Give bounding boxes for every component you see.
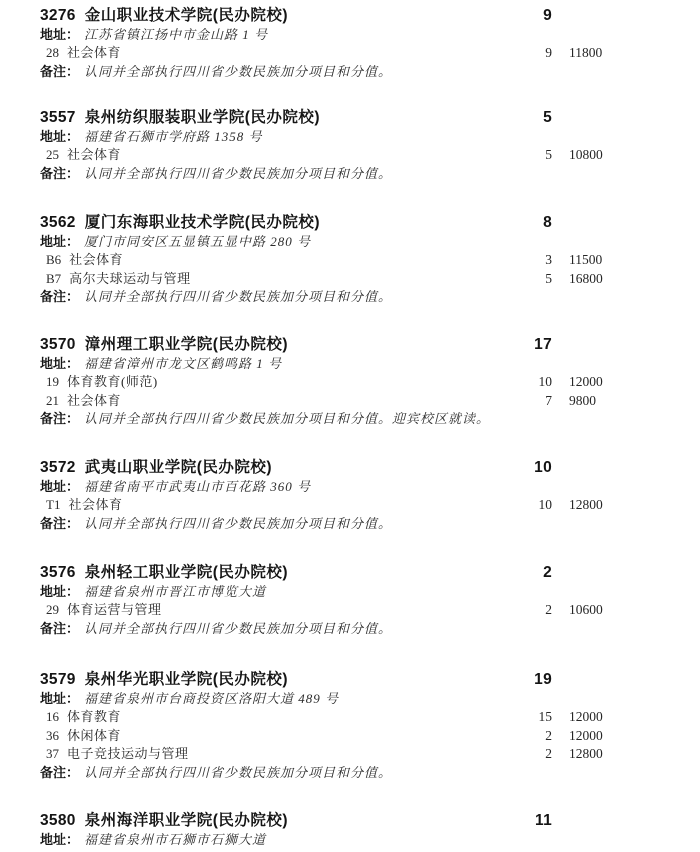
major-name: 休闲体育 bbox=[67, 728, 121, 743]
address-label: 地址： bbox=[40, 832, 79, 847]
major-code: 36 bbox=[46, 728, 59, 743]
remark-label: 备注： bbox=[40, 621, 79, 636]
major-name: 社会体育 bbox=[67, 45, 121, 60]
address-row: 地址：福建省漳州市龙文区鹤鸣路 1 号 bbox=[0, 355, 700, 373]
remark-label: 备注： bbox=[40, 765, 79, 780]
document-page: { "page": { "background": "#ffffff", "ti… bbox=[0, 0, 700, 852]
major-code: 21 bbox=[46, 393, 59, 408]
remark-label: 备注： bbox=[40, 411, 79, 426]
major-name: 社会体育 bbox=[67, 147, 121, 162]
major-tuition: 11500 bbox=[569, 251, 602, 269]
major-tuition: 12000 bbox=[569, 708, 603, 726]
college-header: 3572武夷山职业学院(民办院校) 10 bbox=[0, 458, 700, 478]
college-code: 3572 bbox=[40, 459, 76, 476]
college-block: 3579泉州华光职业学院(民办院校) 19 地址：福建省泉州市台商投资区洛阳大道… bbox=[0, 670, 700, 782]
major-tuition: 12000 bbox=[569, 727, 603, 745]
major-row: 16体育教育 15 12000 bbox=[0, 708, 700, 726]
college-block: 3557泉州纺织服装职业学院(民办院校) 5 地址：福建省石狮市学府路 1358… bbox=[0, 108, 700, 183]
college-code: 3276 bbox=[40, 7, 76, 24]
major-tuition: 12000 bbox=[569, 373, 603, 391]
remark-row: 备注：认同并全部执行四川省少数民族加分项目和分值。 bbox=[0, 764, 700, 782]
major-tuition: 10800 bbox=[569, 146, 603, 164]
major-name: 社会体育 bbox=[68, 497, 122, 512]
remark-label: 备注： bbox=[40, 166, 79, 181]
address-row: 地址：福建省泉州市台商投资区洛阳大道 489 号 bbox=[0, 690, 700, 708]
major-row: 37电子竞技运动与管理 2 12800 bbox=[0, 745, 700, 763]
college-total-count: 5 bbox=[460, 108, 552, 128]
address-label: 地址： bbox=[40, 584, 79, 599]
major-name: 电子竞技运动与管理 bbox=[67, 746, 189, 761]
major-quota: 5 bbox=[460, 146, 552, 164]
college-total-count: 17 bbox=[460, 335, 552, 355]
major-quota: 10 bbox=[460, 373, 552, 391]
remark-row: 备注：认同并全部执行四川省少数民族加分项目和分值。迎宾校区就读。 bbox=[0, 410, 700, 428]
college-name: 金山职业技术学院(民办院校) bbox=[85, 7, 288, 24]
college-total-count: 11 bbox=[460, 811, 552, 831]
major-tuition: 11800 bbox=[569, 44, 602, 62]
address-label: 地址： bbox=[40, 27, 79, 42]
major-row: B6社会体育 3 11500 bbox=[0, 251, 700, 269]
major-code: 28 bbox=[46, 45, 59, 60]
remark-text: 认同并全部执行四川省少数民族加分项目和分值。 bbox=[84, 516, 392, 531]
address-text: 福建省南平市武夷山市百花路 360 号 bbox=[84, 479, 311, 494]
college-code: 3580 bbox=[40, 812, 76, 829]
college-header: 3576泉州轻工职业学院(民办院校) 2 bbox=[0, 563, 700, 583]
remark-row: 备注：认同并全部执行四川省少数民族加分项目和分值。 bbox=[0, 620, 700, 638]
college-name: 泉州华光职业学院(民办院校) bbox=[85, 671, 288, 688]
remark-text: 认同并全部执行四川省少数民族加分项目和分值。 bbox=[84, 289, 392, 304]
major-code: 29 bbox=[46, 602, 59, 617]
remark-text: 认同并全部执行四川省少数民族加分项目和分值。迎宾校区就读。 bbox=[84, 411, 490, 426]
address-text: 福建省泉州市石狮市石狮大道 bbox=[84, 832, 266, 847]
college-total-count: 9 bbox=[460, 6, 552, 26]
major-quota: 2 bbox=[460, 727, 552, 745]
remark-label: 备注： bbox=[40, 289, 79, 304]
college-name: 泉州轻工职业学院(民办院校) bbox=[85, 564, 288, 581]
major-code: 25 bbox=[46, 147, 59, 162]
college-name: 厦门东海职业技术学院(民办院校) bbox=[85, 214, 320, 231]
major-name: 社会体育 bbox=[67, 393, 121, 408]
major-code: B7 bbox=[46, 271, 61, 286]
remark-row: 备注：认同并全部执行四川省少数民族加分项目和分值。 bbox=[0, 63, 700, 81]
address-text: 福建省漳州市龙文区鹤鸣路 1 号 bbox=[84, 356, 282, 371]
remark-text: 认同并全部执行四川省少数民族加分项目和分值。 bbox=[84, 166, 392, 181]
major-name: 社会体育 bbox=[69, 252, 123, 267]
address-row: 地址：福建省石狮市学府路 1358 号 bbox=[0, 128, 700, 146]
major-row: 36休闲体育 2 12000 bbox=[0, 727, 700, 745]
major-quota: 2 bbox=[460, 601, 552, 619]
major-row: 21社会体育 7 9800 bbox=[0, 392, 700, 410]
address-text: 福建省泉州市台商投资区洛阳大道 489 号 bbox=[84, 691, 339, 706]
college-total-count: 10 bbox=[460, 458, 552, 478]
remark-row: 备注：认同并全部执行四川省少数民族加分项目和分值。 bbox=[0, 165, 700, 183]
college-code: 3570 bbox=[40, 336, 76, 353]
college-header: 3557泉州纺织服装职业学院(民办院校) 5 bbox=[0, 108, 700, 128]
major-row: 19体育教育(师范) 10 12000 bbox=[0, 373, 700, 391]
major-row: B7高尔夫球运动与管理 5 16800 bbox=[0, 270, 700, 288]
college-name: 武夷山职业学院(民办院校) bbox=[85, 459, 272, 476]
major-quota: 3 bbox=[460, 251, 552, 269]
major-tuition: 12800 bbox=[569, 745, 603, 763]
address-label: 地址： bbox=[40, 691, 79, 706]
remark-text: 认同并全部执行四川省少数民族加分项目和分值。 bbox=[84, 64, 392, 79]
major-row: 28社会体育 9 11800 bbox=[0, 44, 700, 62]
remark-label: 备注： bbox=[40, 516, 79, 531]
major-code: 37 bbox=[46, 746, 59, 761]
address-row: 地址：福建省泉州市石狮市石狮大道 bbox=[0, 831, 700, 849]
major-quota: 5 bbox=[460, 270, 552, 288]
major-quota: 15 bbox=[460, 708, 552, 726]
major-code: 16 bbox=[46, 709, 59, 724]
major-tuition: 9800 bbox=[569, 392, 596, 410]
college-header: 3276金山职业技术学院(民办院校) 9 bbox=[0, 6, 700, 26]
major-code: 19 bbox=[46, 374, 59, 389]
college-block: 3576泉州轻工职业学院(民办院校) 2 地址：福建省泉州市晋江市博览大道 29… bbox=[0, 563, 700, 638]
college-header: 3570漳州理工职业学院(民办院校) 17 bbox=[0, 335, 700, 355]
college-code: 3557 bbox=[40, 109, 76, 126]
address-row: 地址：厦门市同安区五显镇五显中路 280 号 bbox=[0, 233, 700, 251]
address-label: 地址： bbox=[40, 479, 79, 494]
major-name: 高尔夫球运动与管理 bbox=[69, 271, 191, 286]
remark-row: 备注：认同并全部执行四川省少数民族加分项目和分值。 bbox=[0, 515, 700, 533]
college-block: 3562厦门东海职业技术学院(民办院校) 8 地址：厦门市同安区五显镇五显中路 … bbox=[0, 213, 700, 307]
college-total-count: 8 bbox=[460, 213, 552, 233]
address-row: 地址：福建省泉州市晋江市博览大道 bbox=[0, 583, 700, 601]
college-block: 3580泉州海洋职业学院(民办院校) 11 地址：福建省泉州市石狮市石狮大道 bbox=[0, 811, 700, 849]
major-quota: 7 bbox=[460, 392, 552, 410]
address-label: 地址： bbox=[40, 234, 79, 249]
college-name: 漳州理工职业学院(民办院校) bbox=[85, 336, 288, 353]
major-name: 体育运营与管理 bbox=[67, 602, 162, 617]
major-quota: 2 bbox=[460, 745, 552, 763]
major-tuition: 10600 bbox=[569, 601, 603, 619]
college-block: 3572武夷山职业学院(民办院校) 10 地址：福建省南平市武夷山市百花路 36… bbox=[0, 458, 700, 533]
address-row: 地址：江苏省镇江扬中市金山路 1 号 bbox=[0, 26, 700, 44]
college-total-count: 2 bbox=[460, 563, 552, 583]
major-tuition: 16800 bbox=[569, 270, 603, 288]
major-tuition: 12800 bbox=[569, 496, 603, 514]
remark-text: 认同并全部执行四川省少数民族加分项目和分值。 bbox=[84, 621, 392, 636]
college-total-count: 19 bbox=[460, 670, 552, 690]
college-name: 泉州纺织服装职业学院(民办院校) bbox=[85, 109, 320, 126]
major-code: T1 bbox=[46, 497, 60, 512]
remark-label: 备注： bbox=[40, 64, 79, 79]
major-code: B6 bbox=[46, 252, 61, 267]
remark-row: 备注：认同并全部执行四川省少数民族加分项目和分值。 bbox=[0, 288, 700, 306]
major-name: 体育教育(师范) bbox=[67, 374, 158, 389]
college-block: 3570漳州理工职业学院(民办院校) 17 地址：福建省漳州市龙文区鹤鸣路 1 … bbox=[0, 335, 700, 429]
college-header: 3580泉州海洋职业学院(民办院校) 11 bbox=[0, 811, 700, 831]
major-row: T1社会体育 10 12800 bbox=[0, 496, 700, 514]
college-name: 泉州海洋职业学院(民办院校) bbox=[85, 812, 288, 829]
major-name: 体育教育 bbox=[67, 709, 121, 724]
address-text: 江苏省镇江扬中市金山路 1 号 bbox=[84, 27, 268, 42]
college-block: 3276金山职业技术学院(民办院校) 9 地址：江苏省镇江扬中市金山路 1 号 … bbox=[0, 6, 700, 81]
address-label: 地址： bbox=[40, 356, 79, 371]
address-label: 地址： bbox=[40, 129, 79, 144]
address-text: 福建省石狮市学府路 1358 号 bbox=[84, 129, 263, 144]
college-header: 3562厦门东海职业技术学院(民办院校) 8 bbox=[0, 213, 700, 233]
major-row: 25社会体育 5 10800 bbox=[0, 146, 700, 164]
college-header: 3579泉州华光职业学院(民办院校) 19 bbox=[0, 670, 700, 690]
college-code: 3562 bbox=[40, 214, 76, 231]
major-quota: 10 bbox=[460, 496, 552, 514]
address-row: 地址：福建省南平市武夷山市百花路 360 号 bbox=[0, 478, 700, 496]
college-code: 3579 bbox=[40, 671, 76, 688]
address-text: 福建省泉州市晋江市博览大道 bbox=[84, 584, 266, 599]
remark-text: 认同并全部执行四川省少数民族加分项目和分值。 bbox=[84, 765, 392, 780]
college-code: 3576 bbox=[40, 564, 76, 581]
major-row: 29体育运营与管理 2 10600 bbox=[0, 601, 700, 619]
major-quota: 9 bbox=[460, 44, 552, 62]
address-text: 厦门市同安区五显镇五显中路 280 号 bbox=[84, 234, 311, 249]
